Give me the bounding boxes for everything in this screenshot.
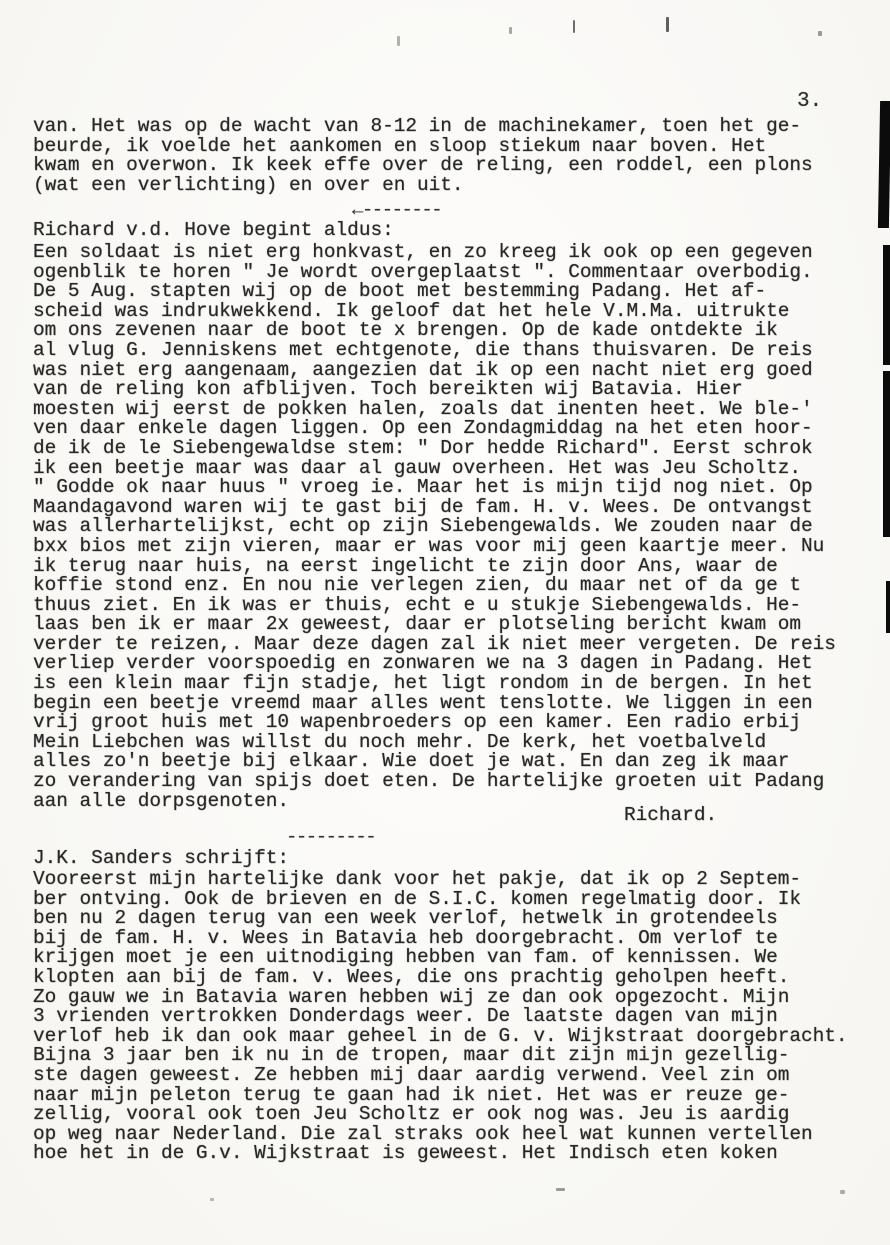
scan-speck-artifact xyxy=(666,17,669,32)
scan-speck-artifact xyxy=(840,1190,845,1194)
richard-letter-body: Een soldaat is niet erg honkvast, en zo … xyxy=(33,243,836,811)
page-number: 3. xyxy=(797,90,822,113)
section-divider: --------- xyxy=(286,826,375,848)
richard-heading: Richard v.d. Hove begint aldus: xyxy=(33,221,394,241)
scan-speck-artifact xyxy=(556,1188,565,1191)
scan-edge-artifact xyxy=(886,581,890,633)
scan-speck-artifact xyxy=(210,1198,214,1201)
scan-speck-artifact xyxy=(509,27,512,34)
scan-edge-artifact xyxy=(883,371,890,537)
scanned-letter-page: 3. van. Het was op de wacht van 8-12 in … xyxy=(0,0,890,1245)
richard-signature: Richard. xyxy=(624,806,717,826)
scan-edge-artifact xyxy=(883,245,890,365)
sanders-letter-body: Vooreerst mijn hartelijke dank voor het … xyxy=(33,870,848,1164)
scan-speck-artifact xyxy=(573,20,575,33)
scan-speck-artifact xyxy=(818,31,822,36)
intro-paragraph: van. Het was op de wacht van 8-12 in de … xyxy=(33,117,813,195)
scan-edge-artifact xyxy=(878,101,890,228)
scan-speck-artifact xyxy=(397,36,400,46)
section-divider: ←-------- xyxy=(352,199,441,221)
sanders-heading: J.K. Sanders schrijft: xyxy=(33,849,289,869)
